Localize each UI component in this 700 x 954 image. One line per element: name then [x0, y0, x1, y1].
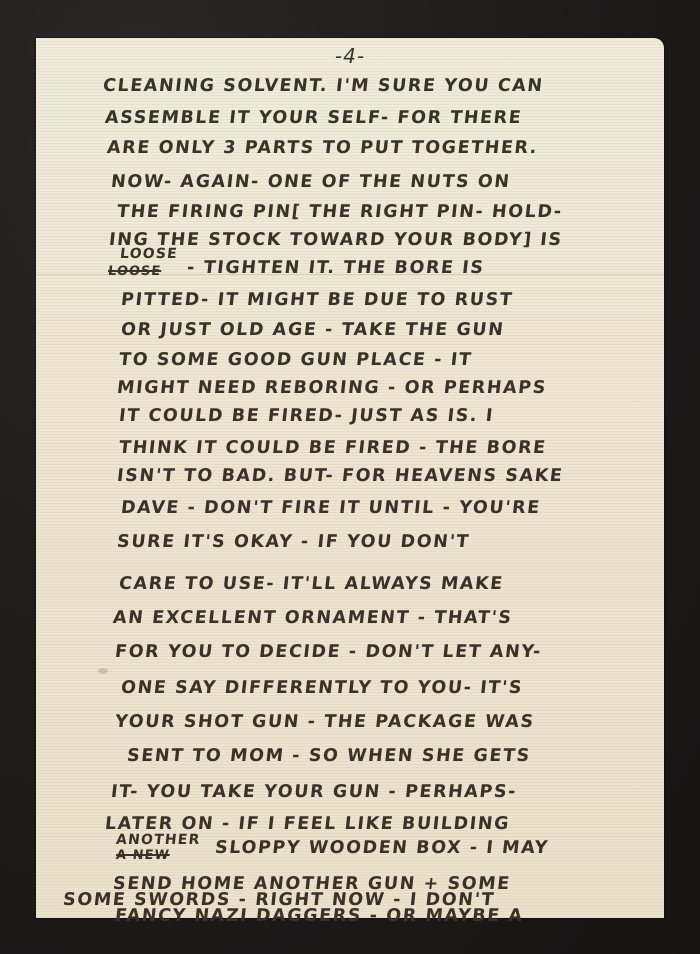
letter-line-22: SENT TO MOM - SO WHEN SHE GETS — [126, 746, 532, 766]
letter-line-23: IT- YOU TAKE YOUR GUN - PERHAPS- — [110, 782, 518, 802]
letter-line-20: ONE SAY DIFFERENTLY TO YOU- IT'S — [120, 678, 524, 698]
letter-line-8: PITTED- IT MIGHT BE DUE TO RUST — [120, 290, 514, 310]
letter-line-11: MIGHT NEED REBORING - OR PERHAPS — [116, 378, 548, 398]
letter-line-28: SOME SWORDS - RIGHT NOW - I DON'T — [62, 890, 496, 910]
letter-line-7: - TIGHTEN IT. THE BORE IS — [186, 258, 486, 278]
letter-line-4: NOW- AGAIN- ONE OF THE NUTS ON — [110, 172, 512, 192]
letter-line-16: SURE IT'S OKAY - IF YOU DON'T — [116, 532, 471, 552]
letter-line-3: ARE ONLY 3 PARTS TO PUT TOGETHER. — [106, 138, 539, 158]
letter-line-13: THINK IT COULD BE FIRED - THE BORE — [118, 438, 548, 458]
letter-line-18: AN EXCELLENT ORNAMENT - THAT'S — [112, 608, 514, 628]
page-number: -4- — [36, 44, 664, 68]
letter-line-5: THE FIRING PIN[ THE RIGHT PIN- HOLD- — [116, 202, 564, 222]
letter-line-2: ASSEMBLE IT YOUR SELF- FOR THERE — [104, 108, 523, 128]
letter-line-9: OR JUST OLD AGE - TAKE THE GUN — [120, 320, 505, 340]
letter-line-12: IT COULD BE FIRED- JUST AS IS. I — [118, 406, 495, 426]
letter-line-24: LATER ON - IF I FEEL LIKE BUILDING — [104, 814, 511, 834]
inserted-word-loose: LOOSE — [119, 246, 179, 262]
letter-line-25: SLOPPY WOODEN BOX - I MAY — [214, 838, 550, 858]
letter-line-19: FOR YOU TO DECIDE - DON'T LET ANY- — [114, 642, 543, 662]
letter-page: -4- CLEANING SOLVENT. I'M SURE YOU CAN A… — [36, 38, 664, 918]
struck-words-a-new: A NEW — [115, 848, 170, 863]
ink-smudge — [98, 668, 108, 674]
struck-word-loose: LOOSE — [107, 264, 162, 279]
letter-line-14: ISN'T TO BAD. BUT- FOR HEAVENS SAKE — [116, 466, 564, 486]
letter-line-10: TO SOME GOOD GUN PLACE - IT — [118, 350, 473, 370]
letter-line-21: YOUR SHOT GUN - THE PACKAGE WAS — [114, 712, 536, 732]
inserted-word-another: ANOTHER — [115, 832, 201, 848]
letter-line-1: CLEANING SOLVENT. I'M SURE YOU CAN — [102, 76, 545, 96]
letter-line-17: CARE TO USE- IT'LL ALWAYS MAKE — [118, 574, 505, 594]
letter-line-15: DAVE - DON'T FIRE IT UNTIL - YOU'RE — [120, 498, 542, 518]
